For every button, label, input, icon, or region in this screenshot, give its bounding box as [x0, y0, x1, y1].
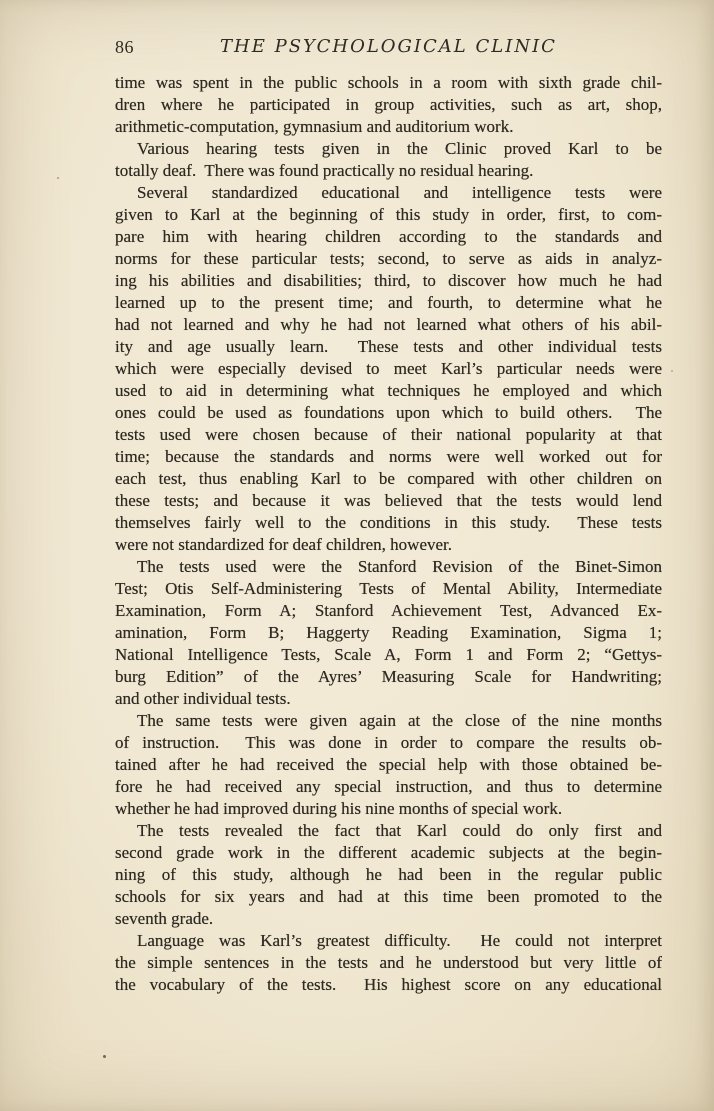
text-line: second grade work in the different acade…	[115, 842, 662, 864]
text-line: tained after he had received the special…	[115, 754, 662, 776]
text-line: which were especially devised to meet Ka…	[115, 358, 662, 380]
text-line: The tests revealed the fact that Karl co…	[115, 820, 662, 842]
text-line: whether he had improved during his nine …	[115, 798, 662, 820]
paper-speck	[103, 1055, 106, 1058]
text-line: totally deaf. There was found practicall…	[115, 160, 662, 182]
text-line: the simple sentences in the tests and he…	[115, 952, 662, 974]
text-line: ones could be used as foundations upon w…	[115, 402, 662, 424]
text-line: these tests; and because it was believed…	[115, 490, 662, 512]
text-line: The same tests were given again at the c…	[115, 710, 662, 732]
text-line: ity and age usually learn. These tests a…	[115, 336, 662, 358]
text-line: each test, thus enabling Karl to be comp…	[115, 468, 662, 490]
running-title: THE PSYCHOLOGICAL CLINIC	[115, 36, 662, 57]
text-line: time; because the standards and norms we…	[115, 446, 662, 468]
text-line: ing his abilities and disabilities; thir…	[115, 270, 662, 292]
text-line: Various hearing tests given in the Clini…	[115, 138, 662, 160]
text-line: seventh grade.	[115, 908, 662, 930]
text-line: ning of this study, although he had been…	[115, 864, 662, 886]
text-line: arithmetic-computation, gymnasium and au…	[115, 116, 662, 138]
text-line: themselves fairly well to the conditions…	[115, 512, 662, 534]
paragraph: The same tests were given again at the c…	[115, 710, 662, 820]
paragraph: The tests revealed the fact that Karl co…	[115, 820, 662, 930]
paragraph: Several standardized educational and int…	[115, 182, 662, 556]
text-line: norms for these particular tests; second…	[115, 248, 662, 270]
text-line: dren where he participated in group acti…	[115, 94, 662, 116]
paragraph: Various hearing tests given in the Clini…	[115, 138, 662, 182]
text-line: used to aid in determining what techniqu…	[115, 380, 662, 402]
page-body: time was spent in the public schools in …	[115, 72, 662, 996]
paragraph: time was spent in the public schools in …	[115, 72, 662, 138]
page-number: 86	[115, 37, 134, 58]
text-line: of instruction. This was done in order t…	[115, 732, 662, 754]
text-line: and other individual tests.	[115, 688, 662, 710]
text-line: given to Karl at the beginning of this s…	[115, 204, 662, 226]
text-line: burg Edition” of the Ayres’ Measuring Sc…	[115, 666, 662, 688]
text-line: tests used were chosen because of their …	[115, 424, 662, 446]
text-line: the vocabulary of the tests. His highest…	[115, 974, 662, 996]
text-line: Several standardized educational and int…	[115, 182, 662, 204]
text-line: Language was Karl’s greatest difficulty.…	[115, 930, 662, 952]
paper-speck	[671, 370, 673, 372]
paragraph: Language was Karl’s greatest difficulty.…	[115, 930, 662, 996]
scanned-book-page: 86 THE PSYCHOLOGICAL CLINIC time was spe…	[0, 0, 714, 1111]
text-line: were not standardized for deaf children,…	[115, 534, 662, 556]
text-line: learned up to the present time; and four…	[115, 292, 662, 314]
text-line: amination, Form B; Haggerty Reading Exam…	[115, 622, 662, 644]
paper-speck	[57, 177, 59, 179]
text-line: fore he had received any special instruc…	[115, 776, 662, 798]
text-line: schools for six years and had at this ti…	[115, 886, 662, 908]
text-line: Test; Otis Self-Administering Tests of M…	[115, 578, 662, 600]
text-line: pare him with hearing children according…	[115, 226, 662, 248]
text-line: had not learned and why he had not learn…	[115, 314, 662, 336]
text-line: time was spent in the public schools in …	[115, 72, 662, 94]
text-line: Examination, Form A; Stanford Achievemen…	[115, 600, 662, 622]
text-line: National Intelligence Tests, Scale A, Fo…	[115, 644, 662, 666]
text-line: The tests used were the Stanford Revisio…	[115, 556, 662, 578]
running-header: 86 THE PSYCHOLOGICAL CLINIC	[115, 36, 662, 60]
paragraph: The tests used were the Stanford Revisio…	[115, 556, 662, 710]
